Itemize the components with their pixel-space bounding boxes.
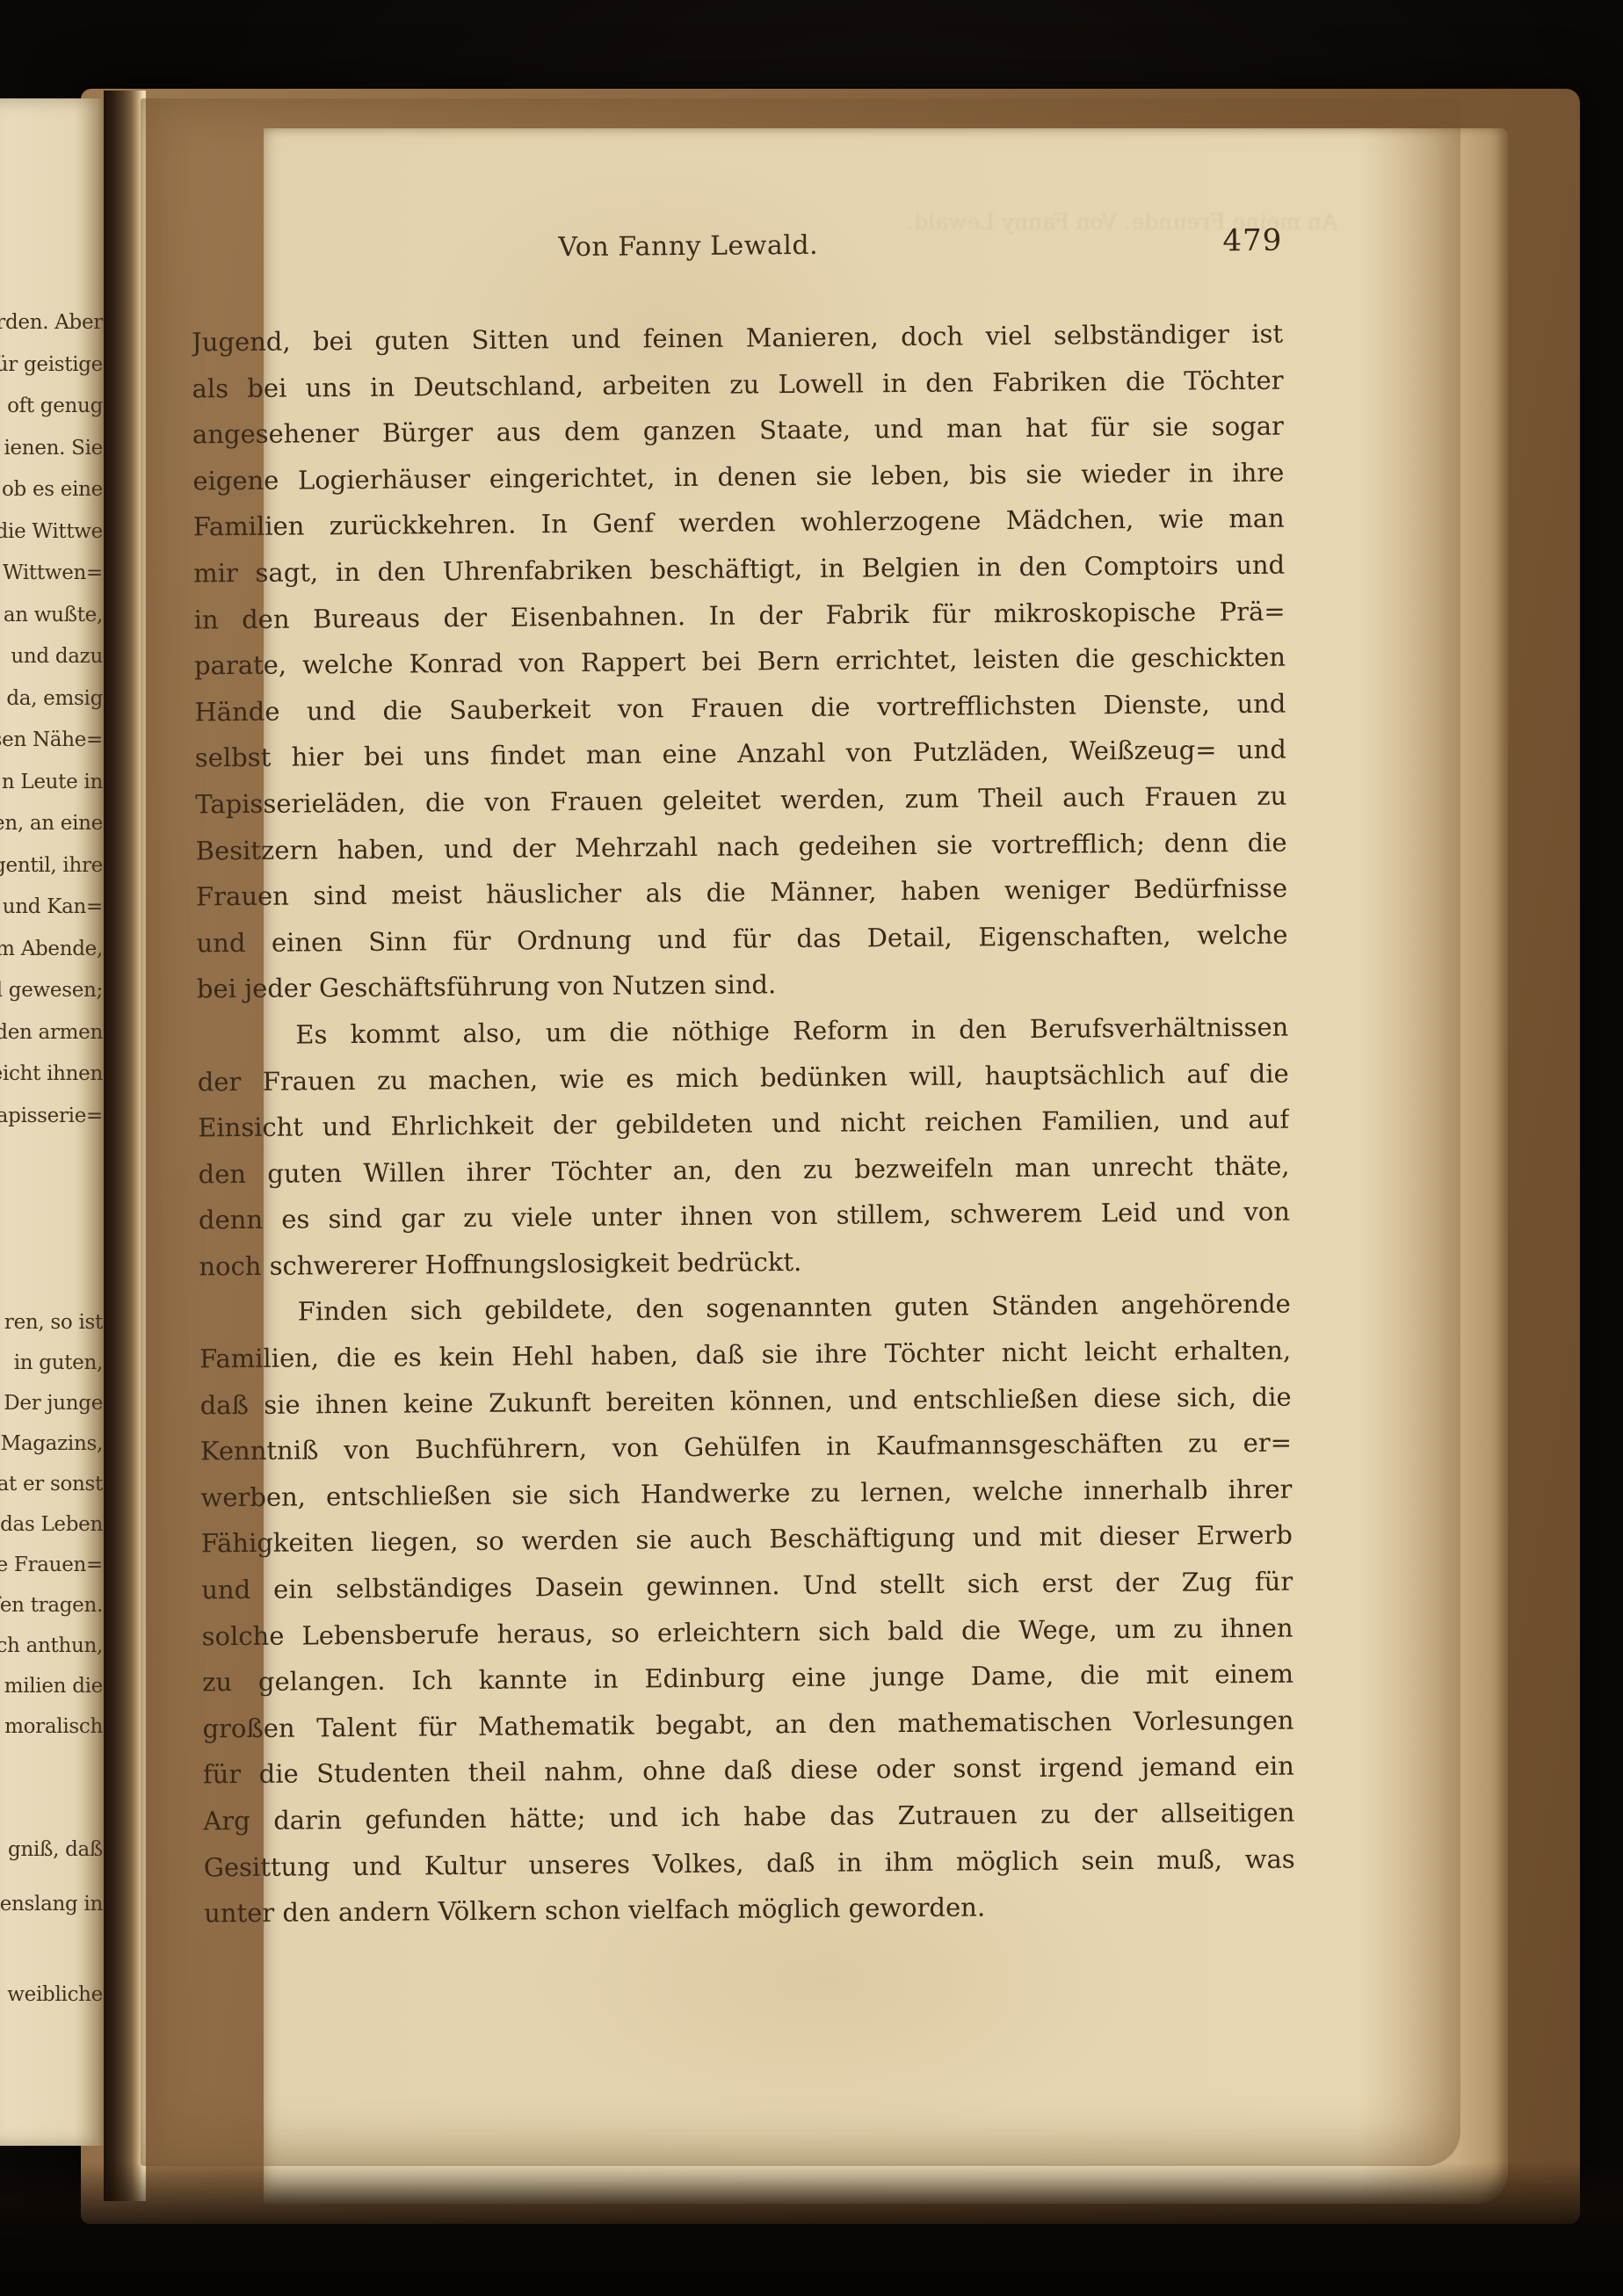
text-line: Familien zurückkehren. In Genf werden wo… [193, 496, 1285, 550]
text-line: großen Talent für Mathematik begabt, an … [202, 1697, 1293, 1751]
facing-page-line-fragment: gniß, daß [0, 1836, 103, 1863]
page-number: 479 [1222, 223, 1282, 259]
page-content: Von Fanny Lewald. 479 Jugend, bei guten … [141, 98, 1460, 2166]
facing-page-line-fragment: leicht ihnen [0, 1061, 103, 1087]
text-line: Frauen sind meist häuslicher als die Män… [196, 866, 1287, 920]
text-line: unter den andern Völkern schon vielfach … [204, 1882, 1295, 1937]
page-header: Von Fanny Lewald. 479 [191, 227, 1282, 276]
facing-page-line-fragment: n Leute in [0, 769, 103, 795]
facing-page-line-fragment: ch anthun, [0, 1633, 103, 1659]
facing-page-line-fragment: enslang in [0, 1891, 103, 1917]
text-line: parate, welche Konrad von Rappert bei Be… [194, 634, 1286, 689]
text-line: Gesittung und Kultur unseres Volkes, daß… [204, 1836, 1295, 1890]
facing-page-line-fragment: te Frauen= [0, 1552, 103, 1578]
facing-page-line-fragment: Wittwen= [0, 560, 103, 586]
facing-page-line-fragment: m Abende, [0, 936, 103, 962]
facing-page-line-fragment: rden. Aber [0, 309, 103, 336]
facing-page-line-fragment: an wußte, [0, 602, 103, 628]
text-line: daß sie ihnen keine Zukunft bereiten kön… [199, 1373, 1291, 1428]
facing-page-line-fragment: moralisch [0, 1713, 103, 1740]
facing-page-line-fragment: Tapisserie= [0, 1103, 103, 1129]
text-line: noch schwererer Hoffnungslosigkeit bedrü… [199, 1235, 1290, 1290]
open-book-photo: rden. Aberfür geistigeoft genugienen. Si… [0, 0, 1623, 2296]
text-line: in den Bureaus der Eisenbahnen. In der F… [193, 588, 1285, 642]
facing-page-line-fragment: en, an eine [0, 810, 103, 837]
text-line: Familien, die es kein Hehl haben, daß si… [199, 1328, 1291, 1382]
text-line: Jugend, bei guten Sitten und feinen Mani… [192, 311, 1283, 366]
text-line: denn es sind gar zu viele unter ihnen vo… [199, 1189, 1290, 1243]
facing-page-line-fragment: il gewesen; [0, 977, 103, 1003]
facing-page-line-fragment: weibliche [0, 1981, 103, 2008]
text-line: den guten Willen ihrer Töchter an, den z… [198, 1142, 1289, 1197]
facing-page-line-fragment: oft genug [0, 393, 103, 419]
facing-page-line-fragment: und dazu [0, 643, 103, 670]
text-line: solche Lebensberufe heraus, so erleichte… [201, 1604, 1293, 1659]
facing-page-line-fragment: da, emsig [0, 685, 103, 712]
text-line: Arg darin gefunden hätte; und ich habe d… [203, 1790, 1294, 1844]
facing-page-line-fragment: ob es eine [0, 476, 103, 503]
text-line: und einen Sinn für Ordnung und für das D… [196, 911, 1287, 966]
text-line: Kenntniß von Buchführern, von Gehülfen i… [200, 1420, 1292, 1474]
facing-page-line-fragment: den armen [0, 1019, 103, 1046]
facing-page-line-fragment: fen tragen. [0, 1592, 103, 1619]
text-line: Einsicht und Ehrlichkeit der gebildeten … [198, 1097, 1289, 1151]
body-text: Jugend, bei guten Sitten und feinen Mani… [192, 311, 1295, 1937]
facing-page-line-fragment: das Leben [0, 1511, 103, 1538]
facing-page-line-fragment: und Kan= [0, 894, 103, 920]
book-page: An meine Freunde. Von Fanny Lewald. Von … [141, 98, 1460, 2166]
text-line: bei jeder Geschäftsführung von Nutzen si… [197, 958, 1288, 1012]
text-line: Besitzern haben, und der Mehrzahl nach g… [195, 819, 1286, 873]
facing-page-line-fragment: gentil, ihre [0, 852, 103, 879]
facing-page-line-fragment: für geistige [0, 351, 103, 378]
book-gutter [104, 91, 146, 2201]
text-line: für die Studenten theil nahm, ohne daß d… [203, 1743, 1294, 1798]
text-line: Hände und die Sauberkeit von Frauen die … [194, 680, 1286, 735]
text-line: zu gelangen. Ich kannte in Edinburg eine… [202, 1651, 1293, 1706]
text-line: Tapisserieläden, die von Frauen geleitet… [195, 773, 1286, 828]
facing-page-edge: rden. Aberfür geistigeoft genugienen. Si… [0, 98, 106, 2146]
facing-page-line-fragment: Der junge [0, 1390, 103, 1416]
text-line: Fähigkeiten liegen, so werden sie auch B… [201, 1512, 1293, 1567]
text-line: selbst hier bei uns findet man eine Anza… [195, 727, 1286, 781]
text-line: Es kommt also, um die nöthige Reform in … [197, 1004, 1288, 1059]
text-line: werben, entschließen sie sich Handwerke … [200, 1466, 1292, 1520]
text-line: als bei uns in Deutschland, arbeiten zu … [192, 357, 1283, 411]
bottom-shadow [0, 2144, 1623, 2296]
text-line: eigene Logierhäuser eingerichtet, in den… [192, 449, 1284, 503]
text-line: Finden sich gebildete, den sogenannten g… [199, 1281, 1291, 1336]
facing-page-line-fragment: at er sonst [0, 1471, 103, 1497]
running-title: Von Fanny Lewald. [558, 230, 818, 263]
facing-page-line-fragment: ienen. Sie [0, 435, 103, 461]
facing-page-line-fragment: in guten, [0, 1350, 103, 1376]
text-line: der Frauen zu machen, wie es mich bedünk… [198, 1050, 1289, 1105]
text-line: mir sagt, in den Uhrenfabriken beschäfti… [193, 542, 1285, 597]
facing-page-line-fragment: ren, so ist [0, 1309, 103, 1336]
facing-page-line-fragment: milien die [0, 1673, 103, 1699]
facing-page-line-fragment: Magazins, [0, 1430, 103, 1457]
facing-page-line-fragment: esen Nähe= [0, 727, 103, 753]
facing-page-line-fragment: die Wittwe [0, 518, 103, 545]
text-line: und ein selbständiges Dasein gewinnen. U… [201, 1559, 1293, 1613]
text-line: angesehener Bürger aus dem ganzen Staate… [192, 403, 1284, 458]
